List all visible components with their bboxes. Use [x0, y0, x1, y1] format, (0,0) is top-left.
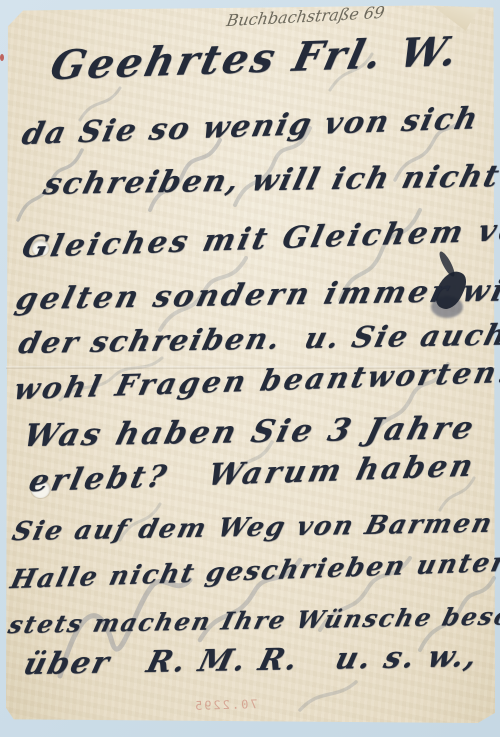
archive-stamp-showthrough: 70.2295 — [193, 697, 258, 713]
closing-line: über R. M. R. u. s. w., — [20, 642, 481, 680]
letter-line: schreiben, will ich nicht — [40, 162, 500, 200]
letter-line: gelten sondern immer wie — [12, 276, 500, 315]
letter-line: Was haben Sie 3 Jahre — [20, 413, 479, 452]
red-paper-fleck — [0, 54, 4, 61]
letter-scan: Buchbachstraße 69 Geehrtes Frl. W. da Si… — [0, 0, 500, 737]
letter-line: der schreiben. u. Sie auch — [16, 320, 500, 358]
